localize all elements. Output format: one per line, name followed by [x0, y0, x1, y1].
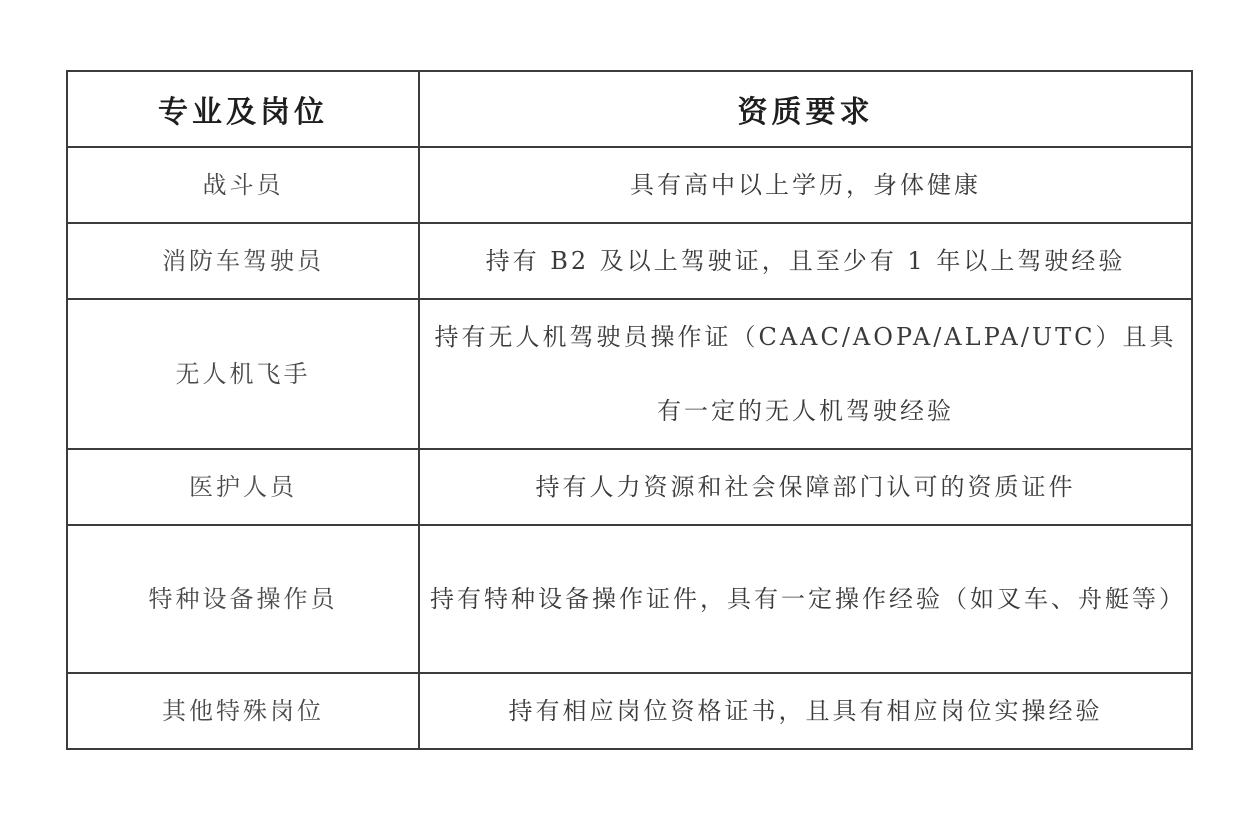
position-cell: 消防车驾驶员	[67, 223, 419, 299]
requirement-cell: 持有 B2 及以上驾驶证，且至少有 1 年以上驾驶经验	[419, 223, 1192, 299]
requirement-cell: 持有相应岗位资格证书，且具有相应岗位实操经验	[419, 673, 1192, 749]
position-cell: 无人机飞手	[67, 299, 419, 449]
table-row: 医护人员 持有人力资源和社会保障部门认可的资质证件	[67, 449, 1192, 525]
position-cell: 战斗员	[67, 147, 419, 223]
document-page: 专业及岗位 资质要求 战斗员 具有高中以上学历，身体健康 消防车驾驶员 持有 B…	[0, 0, 1260, 836]
table-row: 消防车驾驶员 持有 B2 及以上驾驶证，且至少有 1 年以上驾驶经验	[67, 223, 1192, 299]
requirement-cell: 持有人力资源和社会保障部门认可的资质证件	[419, 449, 1192, 525]
position-cell: 特种设备操作员	[67, 525, 419, 673]
table-row: 无人机飞手 持有无人机驾驶员操作证（CAAC/AOPA/ALPA/UTC）且具有…	[67, 299, 1192, 449]
table-row: 特种设备操作员 持有特种设备操作证件，具有一定操作经验（如叉车、舟艇等）	[67, 525, 1192, 673]
table-row: 战斗员 具有高中以上学历，身体健康	[67, 147, 1192, 223]
position-cell: 其他特殊岗位	[67, 673, 419, 749]
requirement-cell: 持有特种设备操作证件，具有一定操作经验（如叉车、舟艇等）	[419, 525, 1192, 673]
header-requirement: 资质要求	[419, 71, 1192, 147]
position-cell: 医护人员	[67, 449, 419, 525]
header-position: 专业及岗位	[67, 71, 419, 147]
requirement-cell: 具有高中以上学历，身体健康	[419, 147, 1192, 223]
table-header-row: 专业及岗位 资质要求	[67, 71, 1192, 147]
table-row: 其他特殊岗位 持有相应岗位资格证书，且具有相应岗位实操经验	[67, 673, 1192, 749]
qualification-table: 专业及岗位 资质要求 战斗员 具有高中以上学历，身体健康 消防车驾驶员 持有 B…	[66, 70, 1193, 750]
requirement-cell: 持有无人机驾驶员操作证（CAAC/AOPA/ALPA/UTC）且具有一定的无人机…	[419, 299, 1192, 449]
